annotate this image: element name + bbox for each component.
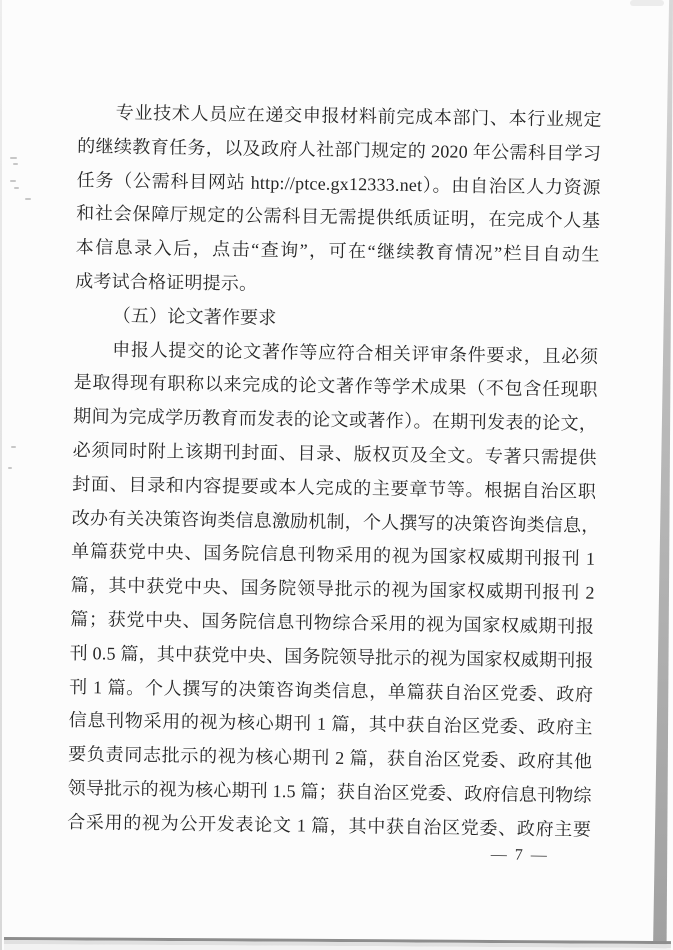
scanned-document-page: 专业技术人员应在递交申报材料前完成本部门、本行业规定 的继续教育任务，以及政府人… — [0, 0, 673, 950]
scan-speck — [25, 198, 31, 200]
page-number: — 7 — — [491, 846, 549, 865]
scan-speck — [8, 467, 12, 469]
scan-speck — [11, 446, 16, 448]
page-edge-left — [0, 0, 2, 950]
scan-speck — [14, 187, 19, 189]
document-body: 专业技术人员应在递交申报材料前完成本部门、本行业规定 的继续教育任务，以及政府人… — [67, 96, 602, 847]
text-line: 合采用的视为公开发表论文 1 篇，其中获自治区党委、政府主要 — [67, 806, 591, 848]
scan-speck — [10, 180, 16, 182]
page-edge-shadow-bottom — [4, 937, 671, 950]
scan-speck — [10, 157, 17, 159]
page-edge-shadow-right — [650, 0, 673, 950]
scan-smudge-top-right — [630, 0, 664, 6]
scan-speck — [13, 163, 18, 165]
